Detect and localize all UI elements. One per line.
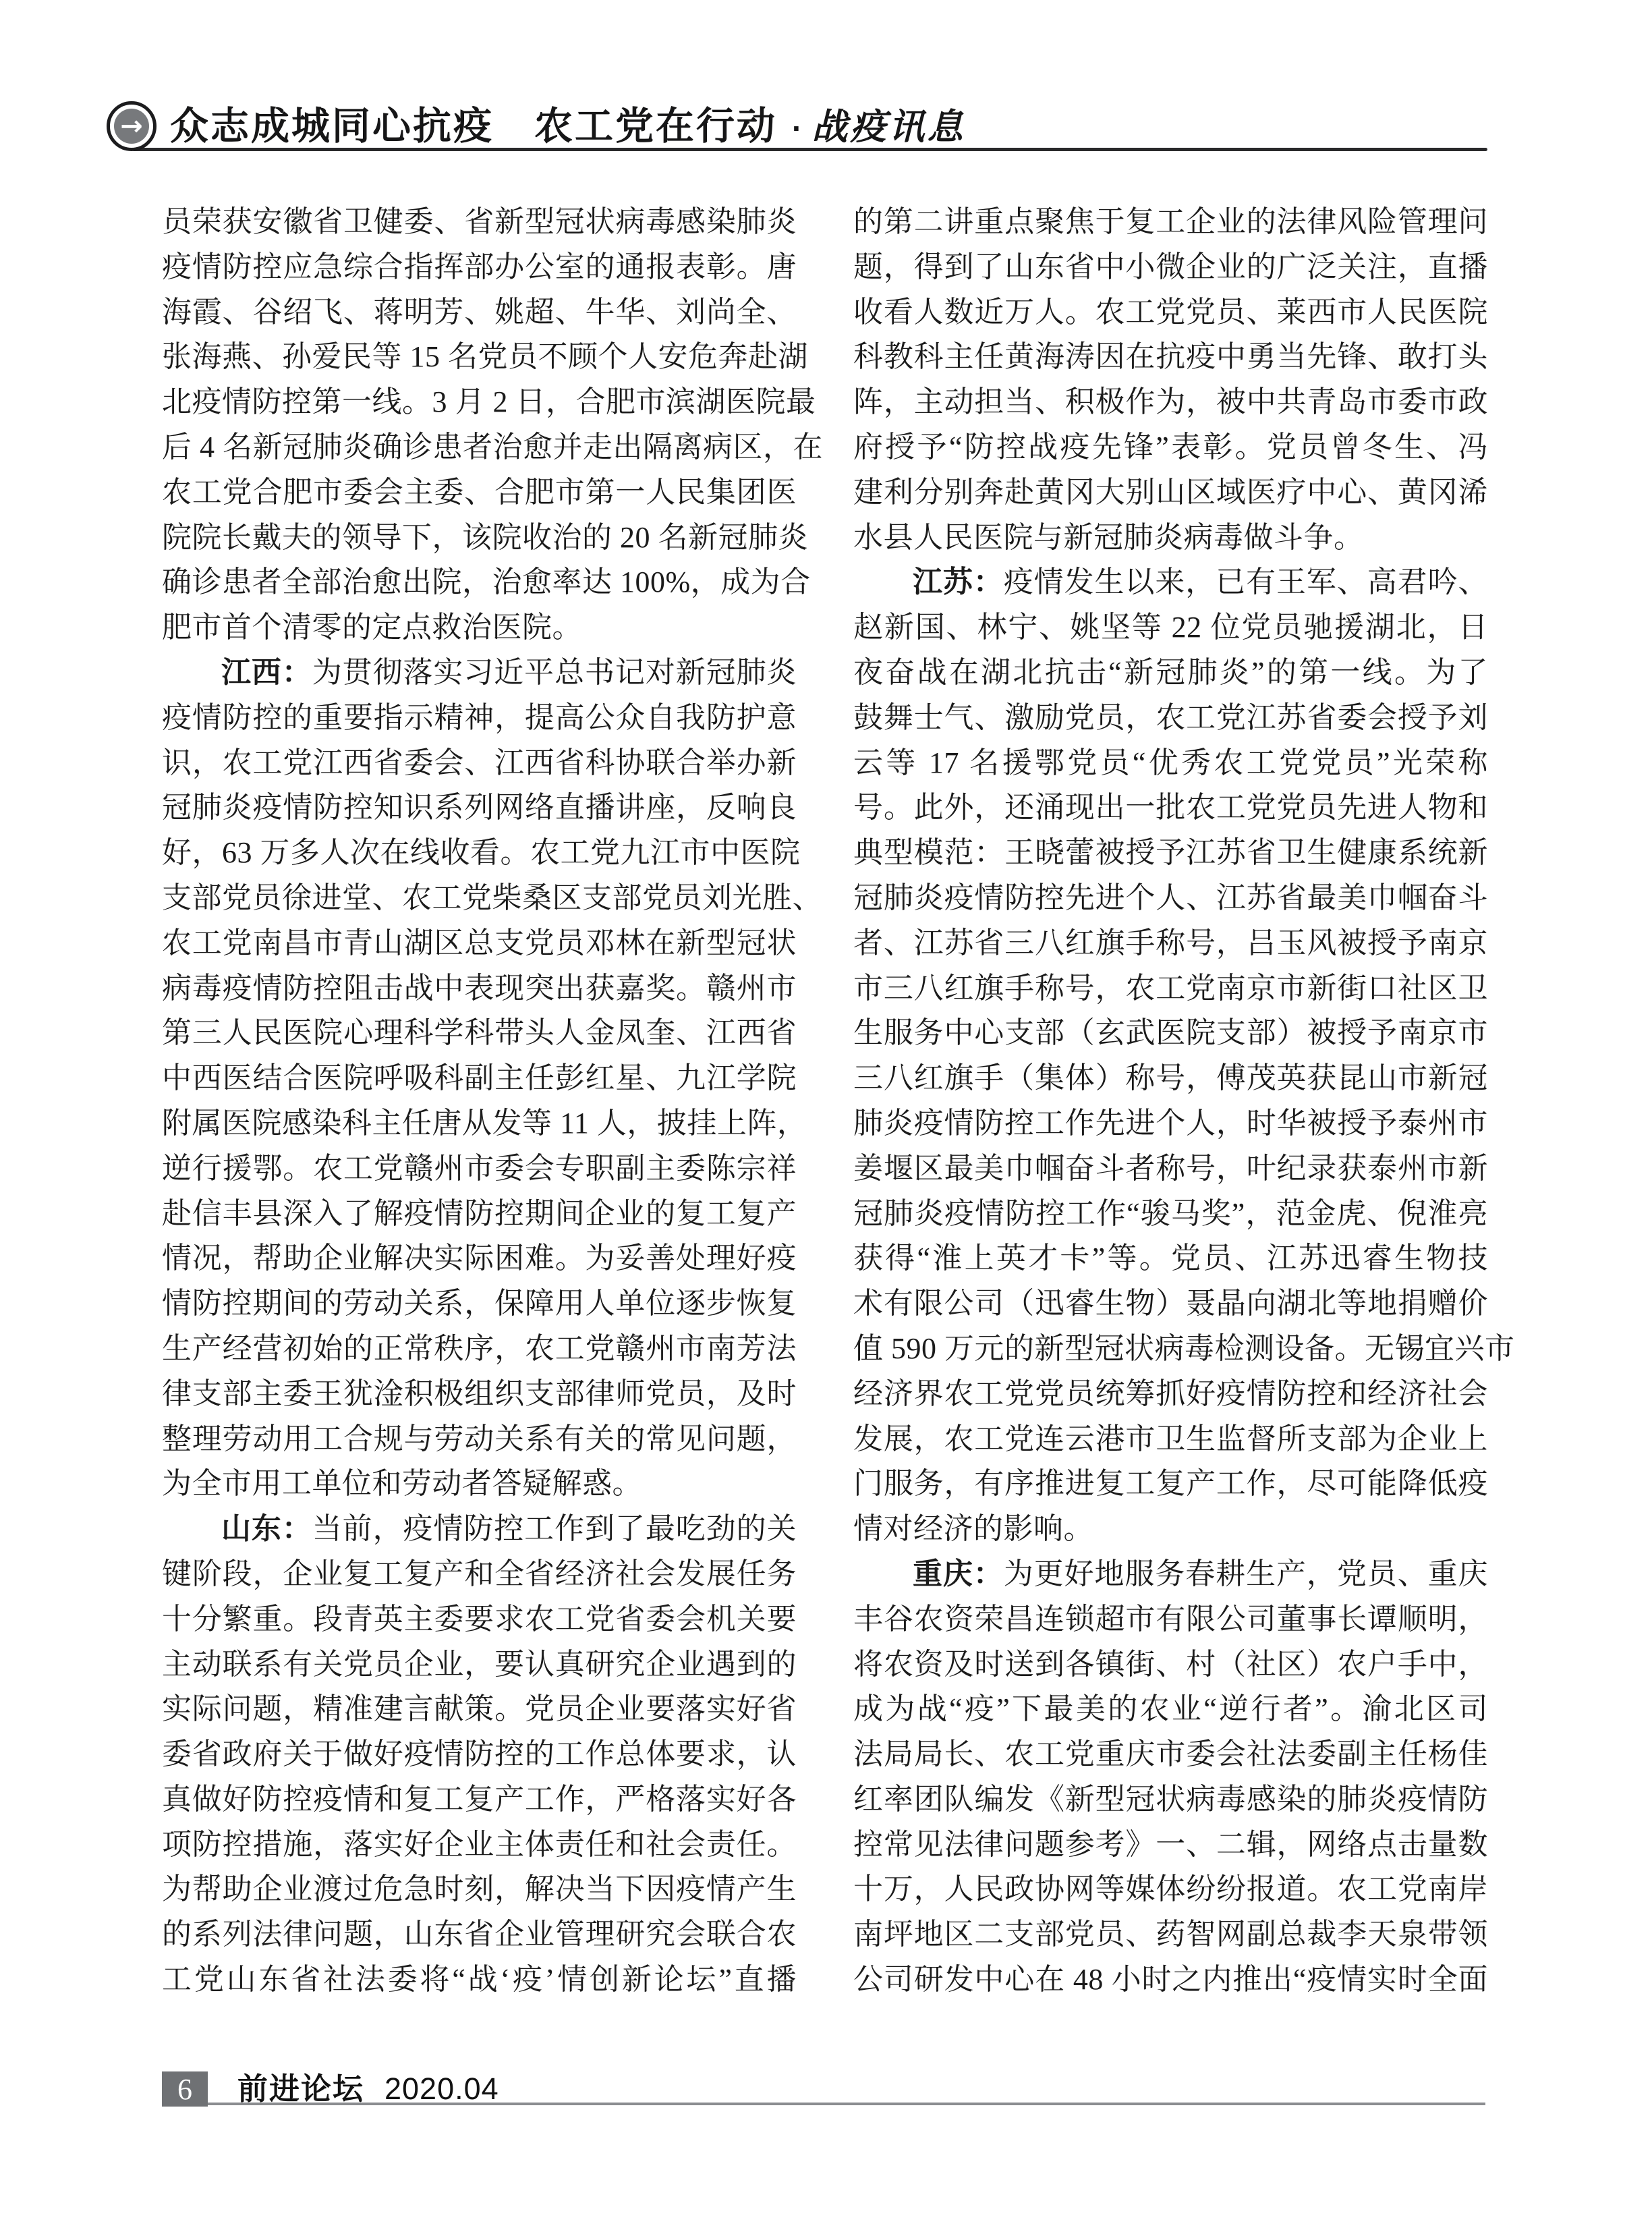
page-number: 6 (177, 2072, 192, 2107)
footer-rule (208, 2103, 1485, 2105)
text-line: 者、江苏省三八红旗手称号，吕玉风被授予南京 (853, 921, 1488, 966)
arrow-glyph: → (120, 109, 143, 144)
text-line: 南坪地区二支部党员、药智网副总裁李天泉带领 (853, 1912, 1488, 1957)
text-line: 支部党员徐进堂、农工党柴桑区支部党员刘光胜、 (162, 876, 797, 921)
text-line: 情防控期间的劳动关系，保障用人单位逐步恢复 (162, 1281, 797, 1327)
text-line: 冠肺炎疫情防控知识系列网络直播讲座，反响良 (162, 785, 797, 831)
text-line: 收看人数近万人。农工党党员、莱西市人民医院 (853, 290, 1488, 335)
text-line: 阵，主动担当、积极作为，被中共青岛市委市政 (853, 380, 1488, 425)
text-line: 门服务，有序推进复工复产工作，尽可能降低疫 (853, 1462, 1488, 1507)
text-line: 疫情防控的重要指示精神，提高公众自我防护意 (162, 696, 797, 741)
text-line: 的系列法律问题，山东省企业管理研究会联合农 (162, 1912, 797, 1957)
text-line: 重庆：为更好地服务春耕生产，党员、重庆 (853, 1552, 1488, 1597)
text-line: 键阶段，企业复工复产和全省经济社会发展任务 (162, 1552, 797, 1597)
text-line: 典型模范：王晓蕾被授予江苏省卫生健康系统新 (853, 831, 1488, 876)
issue-number: 2020.04 (384, 2071, 499, 2107)
text-line: 主动联系有关党员企业，要认真研究企业遇到的 (162, 1642, 797, 1688)
text-line: 工党山东省社法委将“战‘疫’情创新论坛”直播 (162, 1957, 797, 2003)
text-line: 江西：为贯彻落实习近平总书记对新冠肺炎 (162, 650, 797, 696)
text-line: 建利分别奔赴黄冈大别山区域医疗中心、黄冈浠 (853, 470, 1488, 516)
text-line: 第三人民医院心理科学科带头人金凤奎、江西省 (162, 1011, 797, 1056)
text-line: 冠肺炎疫情防控工作“骏马奖”，范金虎、倪淮亮 (853, 1192, 1488, 1237)
magazine-page: → 众志成城同心抗疫 农工党在行动·战疫讯息 员荣获安徽省卫健委、省新型冠状病毒… (0, 0, 1652, 2226)
text-line: 北疫情防控第一线。3 月 2 日，合肥市滨湖医院最 (162, 380, 797, 425)
text-line: 经济界农工党党员统筹抓好疫情防控和经济社会 (853, 1372, 1488, 1417)
text-line: 情对经济的影响。 (853, 1507, 1488, 1552)
text-line: 号。此外，还涌现出一批农工党党员先进人物和 (853, 785, 1488, 831)
text-line: 张海燕、孙爱民等 15 名党员不顾个人安危奔赴湖 (162, 335, 797, 380)
text-line: 控常见法律问题参考》一、二辑，网络点击量数 (853, 1822, 1488, 1868)
page-header-title: 众志成城同心抗疫 农工党在行动·战疫讯息 (170, 101, 965, 151)
text-line: 病毒疫情防控阻击战中表现突出获嘉奖。赣州市 (162, 966, 797, 1011)
text-line: 成为战“疫”下最美的农业“逆行者”。渝北区司 (853, 1687, 1488, 1732)
text-line: 海霞、谷绍飞、蒋明芳、姚超、牛华、刘尚全、 (162, 290, 797, 335)
text-line: 云等 17 名援鄂党员“优秀农工党党员”光荣称 (853, 741, 1488, 786)
journal-name: 前进论坛 (237, 2071, 364, 2107)
text-line: 鼓舞士气、激励党员，农工党江苏省委会授予刘 (853, 696, 1488, 741)
province-lead: 江苏： (913, 565, 1004, 599)
text-line: 实际问题，精准建言献策。党员企业要落实好省 (162, 1687, 797, 1732)
text-line: 中西医结合医院呼吸科副主任彭红星、九江学院 (162, 1056, 797, 1101)
text-line: 情况，帮助企业解决实际困难。为妥善处理好疫 (162, 1236, 797, 1281)
text-line: 府授予“防控战疫先锋”表彰。党员曾冬生、冯 (853, 425, 1488, 470)
text-line: 获得“淮上英才卡”等。党员、江苏迅睿生物技 (853, 1236, 1488, 1281)
text-line: 确诊患者全部治愈出院，治愈率达 100%，成为合 (162, 560, 797, 605)
text-line: 逆行援鄂。农工党赣州市委会专职副主委陈宗祥 (162, 1146, 797, 1192)
text-line: 题，得到了山东省中小微企业的广泛关注，直播 (853, 245, 1488, 290)
text-line: 识，农工党江西省委会、江西省科协联合举办新 (162, 741, 797, 786)
text-line: 术有限公司（迅睿生物）聂晶向湖北等地捐赠价 (853, 1281, 1488, 1327)
text-line: 江苏：疫情发生以来，已有王军、高君吟、 (853, 560, 1488, 605)
header-title-separator: · (792, 111, 802, 146)
text-line: 三八红旗手（集体）称号，傅茂英获昆山市新冠 (853, 1056, 1488, 1101)
text-line: 为帮助企业渡过危急时刻，解决当下因疫情产生 (162, 1867, 797, 1912)
text-line: 水县人民医院与新冠肺炎病毒做斗争。 (853, 516, 1488, 561)
text-line: 夜奋战在湖北抗击“新冠肺炎”的第一线。为了 (853, 650, 1488, 696)
text-line: 项防控措施，落实好企业主体责任和社会责任。 (162, 1822, 797, 1868)
province-lead: 江西： (221, 656, 312, 689)
text-line: 冠肺炎疫情防控先进个人、江苏省最美巾帼奋斗 (853, 876, 1488, 921)
text-line: 附属医院感染科主任唐从发等 11 人，披挂上阵， (162, 1101, 797, 1146)
text-line: 为全市用工单位和劳动者答疑解惑。 (162, 1462, 797, 1507)
text-line: 值 590 万元的新型冠状病毒检测设备。无锡宜兴市 (853, 1327, 1488, 1372)
text-line: 肥市首个清零的定点救治医院。 (162, 605, 797, 650)
text-line: 院院长戴夫的领导下，该院收治的 20 名新冠肺炎 (162, 516, 797, 561)
text-line: 山东：当前，疫情防控工作到了最吃劲的关 (162, 1507, 797, 1552)
text-line: 肺炎疫情防控工作先进个人，时华被授予泰州市 (853, 1101, 1488, 1146)
text-line: 将农资及时送到各镇街、村（社区）农户手中， (853, 1642, 1488, 1688)
text-line: 法局局长、农工党重庆市委会社法委副主任杨佳 (853, 1732, 1488, 1777)
text-line: 委省政府关于做好疫情防控的工作总体要求，认 (162, 1732, 797, 1777)
text-line: 红率团队编发《新型冠状病毒感染的肺炎疫情防 (853, 1777, 1488, 1822)
text-line: 公司研发中心在 48 小时之内推出“疫情实时全面 (853, 1957, 1488, 2003)
text-line: 姜堰区最美巾帼奋斗者称号，叶纪录获泰州市新 (853, 1146, 1488, 1192)
text-line: 十万，人民政协网等媒体纷纷报道。农工党南岸 (853, 1867, 1488, 1912)
text-line: 好，63 万多人次在线收看。农工党九江市中医院 (162, 831, 797, 876)
text-line: 律支部主委王犹淦积极组织支部律师党员，及时 (162, 1372, 797, 1417)
header-title-main: 众志成城同心抗疫 农工党在行动 (170, 105, 777, 148)
text-line: 生产经营初始的正常秩序，农工党赣州市南芳法 (162, 1327, 797, 1372)
text-line: 农工党合肥市委会主委、合肥市第一人民集团医 (162, 470, 797, 516)
text-line: 的第二讲重点聚焦于复工企业的法律风险管理问 (853, 200, 1488, 245)
text-line: 整理劳动用工合规与劳动关系有关的常见问题， (162, 1417, 797, 1462)
text-line: 疫情防控应急综合指挥部办公室的通报表彰。唐 (162, 245, 797, 290)
page-number-badge: 6 (162, 2071, 208, 2107)
text-line: 丰谷农资荣昌连锁超市有限公司董事长谭顺明， (853, 1597, 1488, 1642)
text-line: 发展，农工党连云港市卫生监督所支部为企业上 (853, 1417, 1488, 1462)
right-column: 的第二讲重点聚焦于复工企业的法律风险管理问题，得到了山东省中小微企业的广泛关注，… (853, 200, 1488, 2003)
text-line: 生服务中心支部（玄武医院支部）被授予南京市 (853, 1011, 1488, 1056)
text-line: 后 4 名新冠肺炎确诊患者治愈并走出隔离病区，在 (162, 425, 797, 470)
province-lead: 重庆： (913, 1557, 1004, 1590)
text-line: 员荣获安徽省卫健委、省新型冠状病毒感染肺炎 (162, 200, 797, 245)
arrow-right-icon: → (114, 109, 149, 144)
text-line: 十分繁重。段青英主委要求农工党省委会机关要 (162, 1597, 797, 1642)
header-title-sub: 战疫讯息 (811, 108, 965, 147)
left-column: 员荣获安徽省卫健委、省新型冠状病毒感染肺炎疫情防控应急综合指挥部办公室的通报表彰… (162, 200, 797, 2003)
text-line: 农工党南昌市青山湖区总支党员邓林在新型冠状 (162, 921, 797, 966)
text-line: 市三八红旗手称号，农工党南京市新街口社区卫 (853, 966, 1488, 1011)
text-line: 真做好防控疫情和复工复产工作，严格落实好各 (162, 1777, 797, 1822)
text-line: 科教科主任黄海涛因在抗疫中勇当先锋、敢打头 (853, 335, 1488, 380)
province-lead: 山东： (221, 1512, 312, 1545)
text-line: 赵新国、林宁、姚坚等 22 位党员驰援湖北，日 (853, 605, 1488, 650)
text-line: 赴信丰县深入了解疫情防控期间企业的复工复产 (162, 1192, 797, 1237)
